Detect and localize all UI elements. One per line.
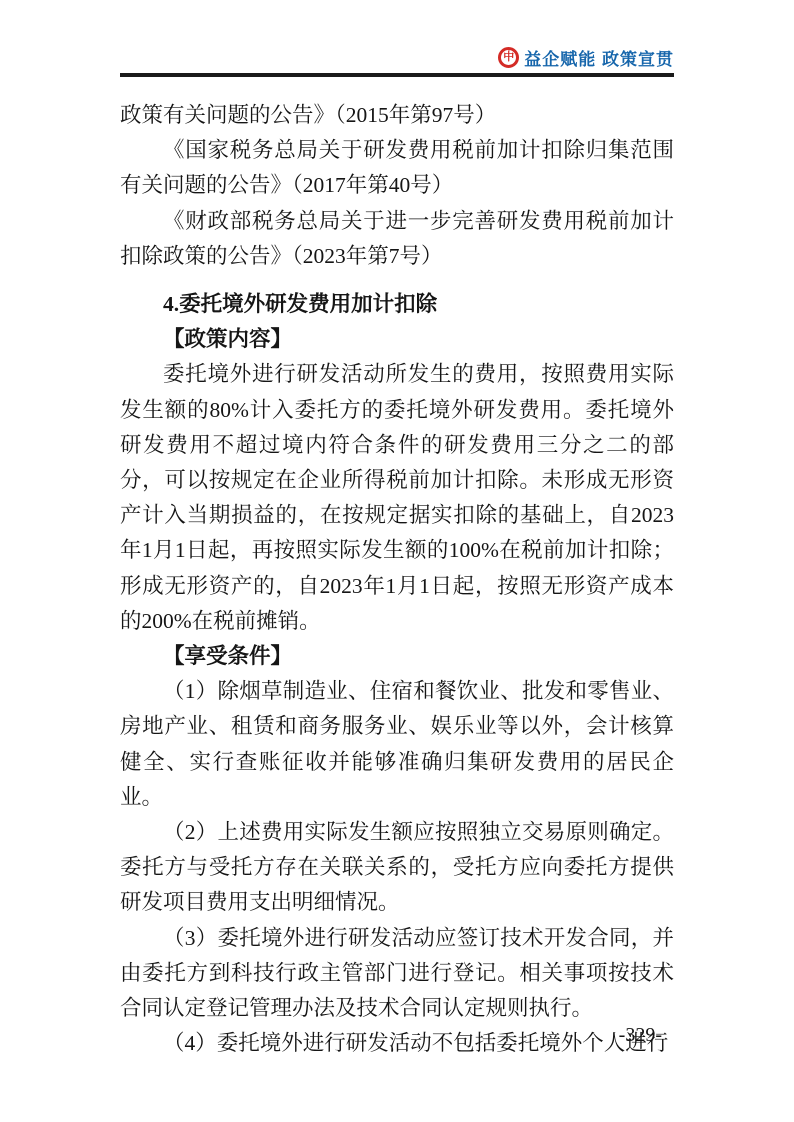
- document-body: 政策有关问题的公告》（2015年第97号） 《国家税务总局关于研发费用税前加计扣…: [120, 98, 674, 1061]
- label-eligibility-conditions: 【享受条件】: [120, 639, 674, 674]
- document-page: 中 益企赋能 政策宣贯 政策有关问题的公告》（2015年第97号） 《国家税务总…: [0, 0, 794, 1122]
- paragraph-condition-2: （2）上述费用实际发生额应按照独立交易原则确定。委托方与受托方存在关联关系的，受…: [120, 815, 674, 921]
- section-heading-overseas-rd-deduction: 4.委托境外研发费用加计扣除: [120, 287, 674, 322]
- paragraph-continuation-2015-notice: 政策有关问题的公告》（2015年第97号）: [120, 98, 674, 133]
- brand: 中 益企赋能 政策宣贯: [120, 45, 674, 70]
- page-footer: -329-: [120, 1024, 674, 1047]
- brand-circle-zhong-logo-icon: 中: [498, 47, 519, 68]
- paragraph-condition-3: （3）委托境外进行研发活动应签订技术开发合同，并由委托方到科技行政主管部门进行登…: [120, 921, 674, 1027]
- brand-text: 益企赋能 政策宣贯: [524, 45, 674, 70]
- paragraph-reference-2023-notice: 《财政部税务总局关于进一步完善研发费用税前加计扣除政策的公告》（2023年第7号…: [120, 204, 674, 274]
- page-number: -329-: [619, 1024, 662, 1046]
- paragraph-policy-content: 委托境外进行研发活动所发生的费用，按照费用实际发生额的80%计入委托方的委托境外…: [120, 357, 674, 639]
- paragraph-reference-2017-notice: 《国家税务总局关于研发费用税前加计扣除归集范围有关问题的公告》（2017年第40…: [120, 133, 674, 203]
- label-policy-content: 【政策内容】: [120, 322, 674, 357]
- header-rule: [120, 73, 674, 77]
- paragraph-condition-1: （1）除烟草制造业、住宿和餐饮业、批发和零售业、房地产业、租赁和商务服务业、娱乐…: [120, 674, 674, 815]
- page-header: 中 益企赋能 政策宣贯: [120, 0, 674, 77]
